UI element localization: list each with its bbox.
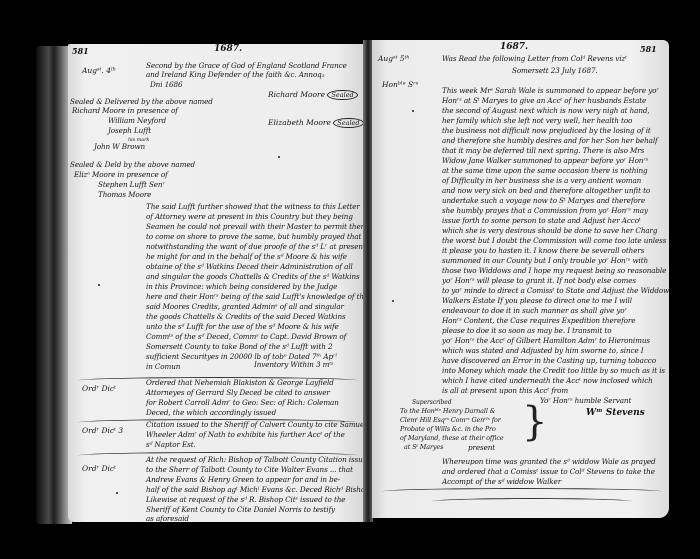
ink-speck	[116, 492, 118, 494]
text-line: and therefore she humbly desires and for…	[442, 136, 658, 145]
text-line: here and their Honʳˢ being of the said L…	[146, 292, 365, 301]
text-line: Joseph Lufft	[108, 126, 151, 135]
text-line: into Money which made the Credit too lit…	[442, 366, 665, 375]
text-line: endeavour to doe it in such manner as sh…	[442, 306, 627, 315]
text-line: which she is very desirous should be don…	[442, 226, 657, 235]
text-line: Somersett County to take Bond of the sᵈ …	[146, 342, 332, 351]
salutation: Honᵇˡᵉ Sʳˢ	[382, 80, 418, 89]
text-line: Honʳˢ at Sᵗ Maryes to give an Accᵗ of he…	[442, 96, 646, 105]
address-line: To the Honᵇˡᵉ Henry Darnall &	[400, 407, 495, 416]
text-line: the worst but I doubt the Commission wil…	[442, 236, 666, 245]
text-line: is all at present upon this Accᵗ from	[442, 386, 568, 395]
text-line: in this Province: which being considered…	[146, 282, 337, 291]
text-line: in Comun	[146, 362, 180, 371]
address-line: Superscribed	[412, 398, 452, 407]
text-line: half of the said Bishop agᵗ Michˡ Evans …	[146, 485, 365, 494]
address-line: Clemᵗ Hill Esqʳˢ Comʳˢ Genʳˡˢ for	[400, 416, 501, 425]
text-line: Wheeler Admʳ of Nath to exhibite his fur…	[146, 430, 345, 439]
text-line: Deced, the which accordingly issued	[146, 408, 276, 417]
text-line: Attorneyes of Gerrard Sly Deced be cited…	[146, 388, 330, 397]
text-line: said Moores Credits, granted Adminˢ of a…	[146, 302, 344, 311]
text-line: John W Brown	[94, 142, 145, 151]
text-line: Thomas Moore	[98, 190, 151, 199]
text-line: and ordered that a Comissᵗ issue to Colᵈ…	[442, 467, 655, 476]
seal-icon: Sealed	[327, 90, 357, 100]
text-line: it please you to hasten it. I know there…	[442, 246, 644, 255]
text-line: Andrew Evans & Henry Green to appear for…	[146, 475, 340, 484]
text-line: of Difficulty in her business she is a v…	[442, 176, 641, 185]
page-number: 581	[640, 44, 657, 54]
text-line: Commᵗˢ of the sᵈ Deced, Commˢ to Capt. D…	[146, 332, 346, 341]
ink-speck	[278, 156, 280, 158]
text-line: please to doe it so soon as may be. I tr…	[442, 326, 611, 335]
text-line: Accompt of the sᵈ widdow Walker	[442, 477, 561, 486]
text-line: and Ireland King Defender of the faith &…	[146, 70, 324, 79]
text-line: her family which she left not very well,…	[442, 116, 632, 125]
text-line: the business not difficult now prejudice…	[442, 126, 651, 135]
text-line: Somersett 23 July 1687.	[512, 66, 598, 75]
text-line: Likewise at request of the sᵈ R. Bishop …	[146, 495, 345, 504]
text-line: to the Sherr of Talbott County to Cite W…	[146, 465, 353, 474]
text-line: of Attorney were at present in this Coun…	[146, 212, 353, 221]
text-line: sᵈ Naptor Est.	[146, 440, 196, 449]
text-line: issue forth to some person to state and …	[442, 216, 641, 225]
text-line: she humbly prayes that a Commission from…	[442, 206, 648, 215]
text-line: Sealed & Deld by the above named	[70, 160, 195, 169]
divider-flourish	[432, 498, 632, 505]
ledger-spread: 581 1687. Augˢᵗ. 4ˡʰ Second by the Grace…	[0, 0, 700, 559]
page-year: 1687.	[214, 44, 242, 54]
text-line: to yoʳ minde to direct a Comissᵗ to Stat…	[442, 286, 669, 295]
text-line: obtaine of the sᵈ Watkins Deced their Ad…	[146, 262, 353, 271]
address-line: Probate of Wills &c. in the Pro	[400, 425, 496, 434]
text-line: Inventory Within 3 mᵗˢ	[254, 360, 333, 369]
address-line: at Sᵗ Maryes	[404, 443, 443, 452]
signature-name: Richard Moore	[268, 90, 325, 99]
text-line: for Robert Carroll Admʳ to Geo: Sec: of …	[146, 398, 339, 407]
text-line: Seamen he could not prevail with their M…	[146, 222, 365, 231]
signature-name: Elizabeth Moore	[268, 118, 331, 127]
text-line: At the request of Rich: Bishop of Talbot…	[146, 455, 365, 464]
text-line: This week Mrˢ Sarah Wale is summoned to …	[442, 86, 659, 95]
text-line: as aforesaid	[146, 514, 189, 522]
text-line: have discovered an Error in the Casting …	[442, 356, 656, 365]
text-line: yoʳ Honʳˢ will please to grant it. If no…	[442, 276, 636, 285]
text-line: Ordered that Nehemiah Blakiston & George…	[146, 378, 334, 387]
margin-note: Ordʳ Dicᵗ	[82, 384, 116, 393]
margin-date: Augˢᵗ. 4ˡʰ	[82, 66, 116, 75]
text-line: Elizᵃ Moore in presence of	[74, 170, 168, 179]
text-line: the second of August next which is now v…	[442, 106, 650, 115]
text-line: that it may be deferred till next spring…	[442, 146, 644, 155]
ink-speck	[98, 284, 100, 286]
text-line: Sheriff of Kent County to Cite Daniel No…	[146, 505, 335, 514]
text-line: The said Lufft further showed that the w…	[146, 202, 360, 211]
text-line: Was Read the following Letter from Colᵈ …	[442, 54, 627, 63]
text-line: to come on shore to prove the same, but …	[146, 232, 361, 241]
right-page: 1687. 581 Augˢᵗ 5ᵗʰ Was Read the followi…	[372, 40, 669, 518]
text-line: Dni 1686	[150, 80, 182, 89]
text-line: Whereupon time was granted the sᵈ widdow…	[442, 457, 656, 466]
text-line: and singular the goods Chattells & Credi…	[146, 272, 360, 281]
left-page: 581 1687. Augˢᵗ. 4ˡʰ Second by the Grace…	[68, 44, 365, 522]
margin-note: Ordʳ Dicᵗ	[82, 464, 116, 473]
margin-date: Augˢᵗ 5ᵗʰ	[378, 54, 410, 63]
seal-icon: Sealed	[333, 118, 363, 128]
text-line: yoʳ Honʳˢ the Accᵗ of Gilbert Hamilton A…	[442, 336, 650, 345]
page-year: 1687.	[500, 42, 528, 52]
text-line: Walkers Estate If you please to direct o…	[442, 296, 632, 305]
text-line: he might for and in the behalf of the sᵈ…	[146, 252, 347, 261]
letter-closing: Yoʳ Honʳˢ humble Servant	[540, 396, 631, 405]
text-line: Stephen Lufft Senʳ	[98, 180, 165, 189]
signature: Elizabeth Moore Sealed	[268, 118, 364, 128]
text-line: Richard Moore in presence of	[72, 106, 178, 115]
divider-flourish	[382, 488, 662, 495]
text-line: William Neyford	[108, 116, 166, 125]
text-line: which was stated and Adjusted by him swo…	[442, 346, 644, 355]
brace-icon: }	[522, 402, 547, 442]
text-line: which I have cited underneath the Accᵗ n…	[442, 376, 653, 385]
text-line: at the same time upon the same occasion …	[442, 166, 648, 175]
text-line: undertake such a voyage now to Sᵗ Maryes…	[442, 196, 645, 205]
text-line: notwithstanding the want of due proofe o…	[146, 242, 365, 251]
page-number: 581	[72, 46, 89, 56]
text-line: Honʳˢ Content, the Case requires Expedit…	[442, 316, 635, 325]
address-line: of Maryland, these at their office	[400, 434, 504, 443]
text-line: Citation issued to the Sheriff of Calver…	[146, 420, 365, 429]
book-binding	[36, 46, 72, 524]
text-line: Second by the Grace of God of England Sc…	[146, 61, 347, 70]
text-line: Widow Jane Walker summoned to appear bef…	[442, 156, 648, 165]
text-line: unto the sᵈ Lufft for the use of the sᵈ …	[146, 322, 339, 331]
signature: Richard Moore Sealed	[268, 90, 358, 100]
text-line: the goods Chattells & Credits of the sai…	[146, 312, 346, 321]
text-line: those two Widdows and I hope my request …	[442, 266, 666, 275]
text-line: Sealed & Delivered by the above named	[70, 97, 213, 106]
text-line: summoned in our County but I only troubl…	[442, 256, 648, 265]
letter-signature: Wᵐ Stevens	[586, 408, 645, 418]
margin-note: Ordʳ Dicᵗ 3	[82, 426, 123, 435]
ink-speck	[392, 300, 394, 302]
present-label: present	[468, 443, 495, 452]
ink-speck	[412, 110, 414, 112]
text-line: and now very sick on bed and therefore a…	[442, 186, 650, 195]
